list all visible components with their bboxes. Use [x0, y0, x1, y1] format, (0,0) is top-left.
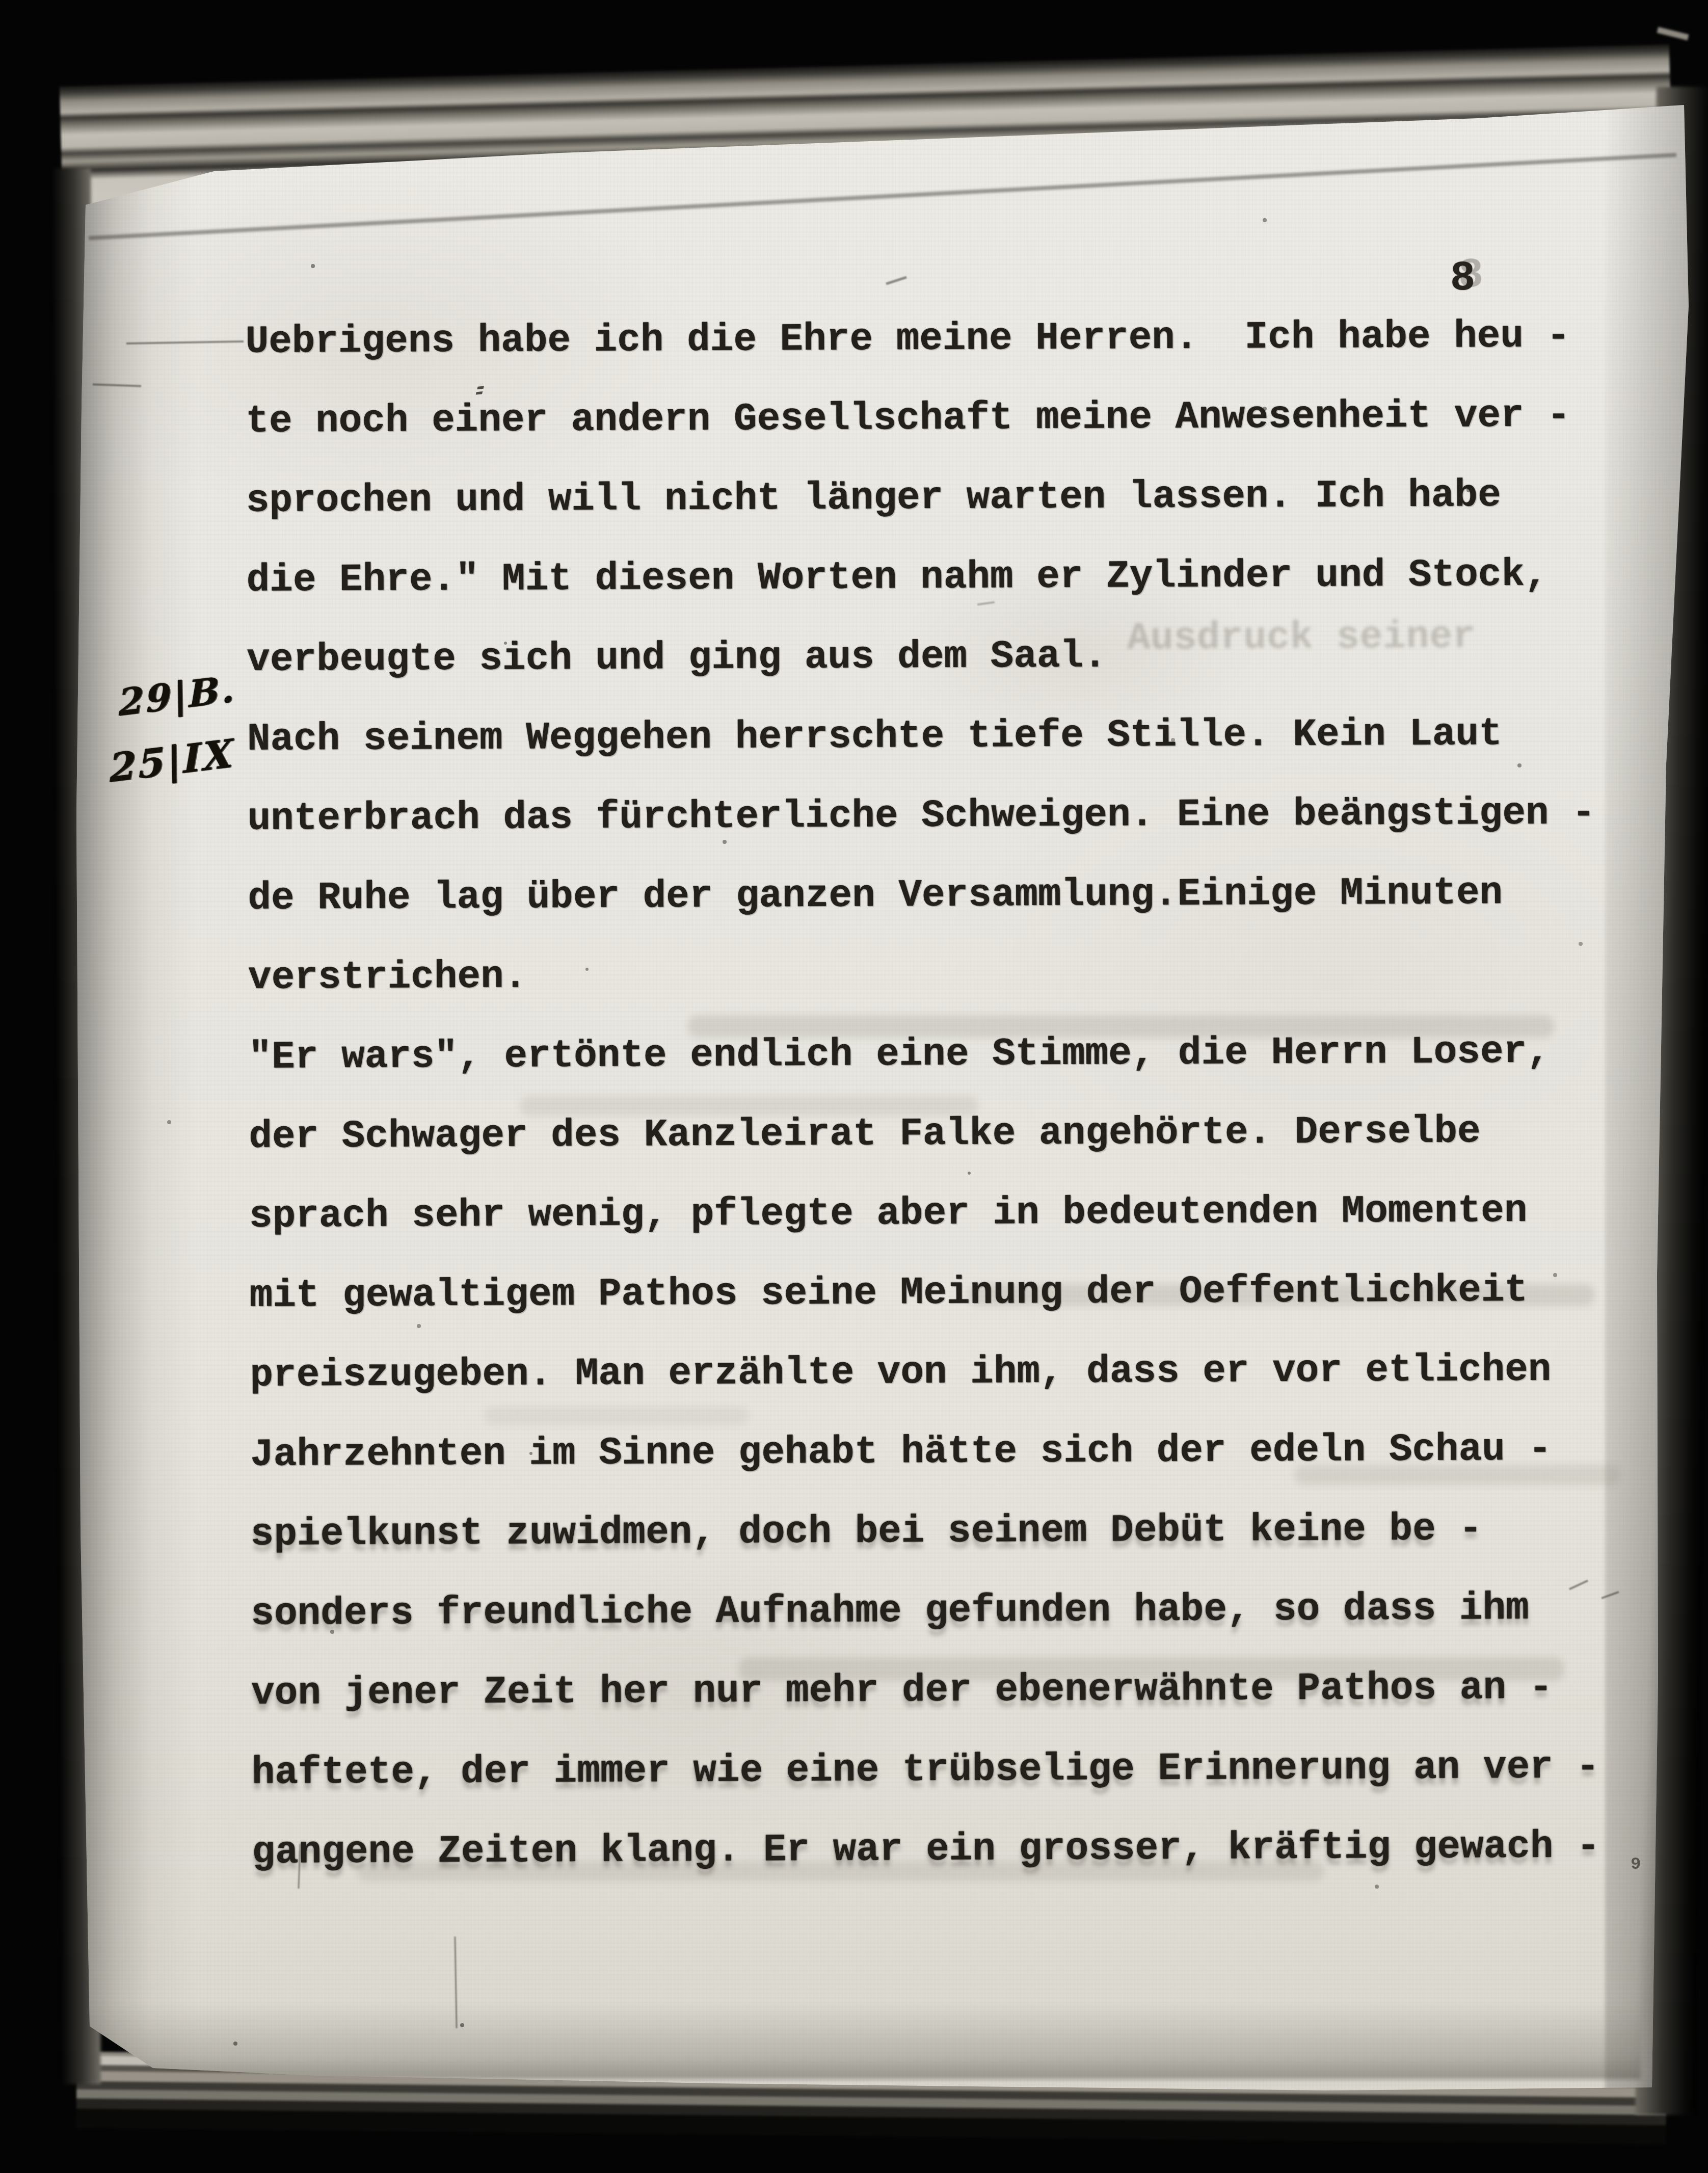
page-curl-mark — [1657, 27, 1689, 41]
typewritten-line: sprochen und will nicht länger warten la… — [246, 455, 1612, 541]
left-edge-shading — [71, 153, 194, 2069]
typewritten-line: preiszugeben. Man erzählte von ihm, dass… — [250, 1330, 1616, 1415]
typewritten-line: "Er wars", ertönte endlich eine Stimme, … — [248, 1012, 1614, 1097]
typewritten-line: Nach seinem Weggehen herrschte tiefe Sti… — [247, 694, 1613, 779]
paper-specks — [0, 0, 2, 2]
typewritten-line: Uebrigens habe ich die Ehre meine Herren… — [245, 296, 1611, 382]
typewritten-line: sprach sehr wenig, pflegte aber in bedeu… — [249, 1171, 1615, 1256]
typewritten-line: Jahrzehnten im Sinne gehabt hätte sich d… — [250, 1409, 1616, 1495]
typewritten-line: gangene Zeiten klang. Er war ein grosser… — [252, 1807, 1618, 1892]
manuscript-page: 8 Ausdruck seiner Uebrigens habe ich die… — [0, 0, 1708, 2173]
corner-page-mark: 9 — [1631, 1855, 1641, 1874]
typewritten-line: mit gewaltigem Pathos seine Meinung der … — [249, 1250, 1615, 1336]
typewritten-line: sonders freundliche Aufnahme gefunden ha… — [251, 1568, 1617, 1654]
typewritten-line: von jener Zeit her nur mehr der ebenerwä… — [251, 1648, 1617, 1733]
typewritten-line: de Ruhe lag über der ganzen Versammlung.… — [248, 853, 1614, 938]
typewritten-line: verstrichen. — [248, 932, 1614, 1018]
typewritten-line: te noch einer andern Gesellschaft meine … — [246, 376, 1612, 461]
typewritten-line: die Ehre." Mit diesen Worten nahm er Zyl… — [246, 535, 1612, 620]
typewritten-line: unterbrach das fürchterliche Schweigen. … — [247, 773, 1613, 859]
bottom-edge-shading — [87, 2003, 1641, 2079]
typewritten-line: spielkunst zuwidmen, doch bei seinem Deb… — [250, 1489, 1616, 1574]
typewritten-line: der Schwager des Kanzleirat Falke angehö… — [249, 1091, 1615, 1177]
typewritten-text-block: Uebrigens habe ich die Ehre meine Herren… — [245, 296, 1618, 1892]
typewritten-line: haftete, der immer wie eine trübselige E… — [251, 1727, 1617, 1813]
page-number: 8 — [1450, 255, 1475, 302]
scanned-manuscript-scan: 8 Ausdruck seiner Uebrigens habe ich die… — [0, 0, 1708, 2173]
typewritten-line: verbeugte sich und ging aus dem Saal. — [247, 614, 1613, 700]
